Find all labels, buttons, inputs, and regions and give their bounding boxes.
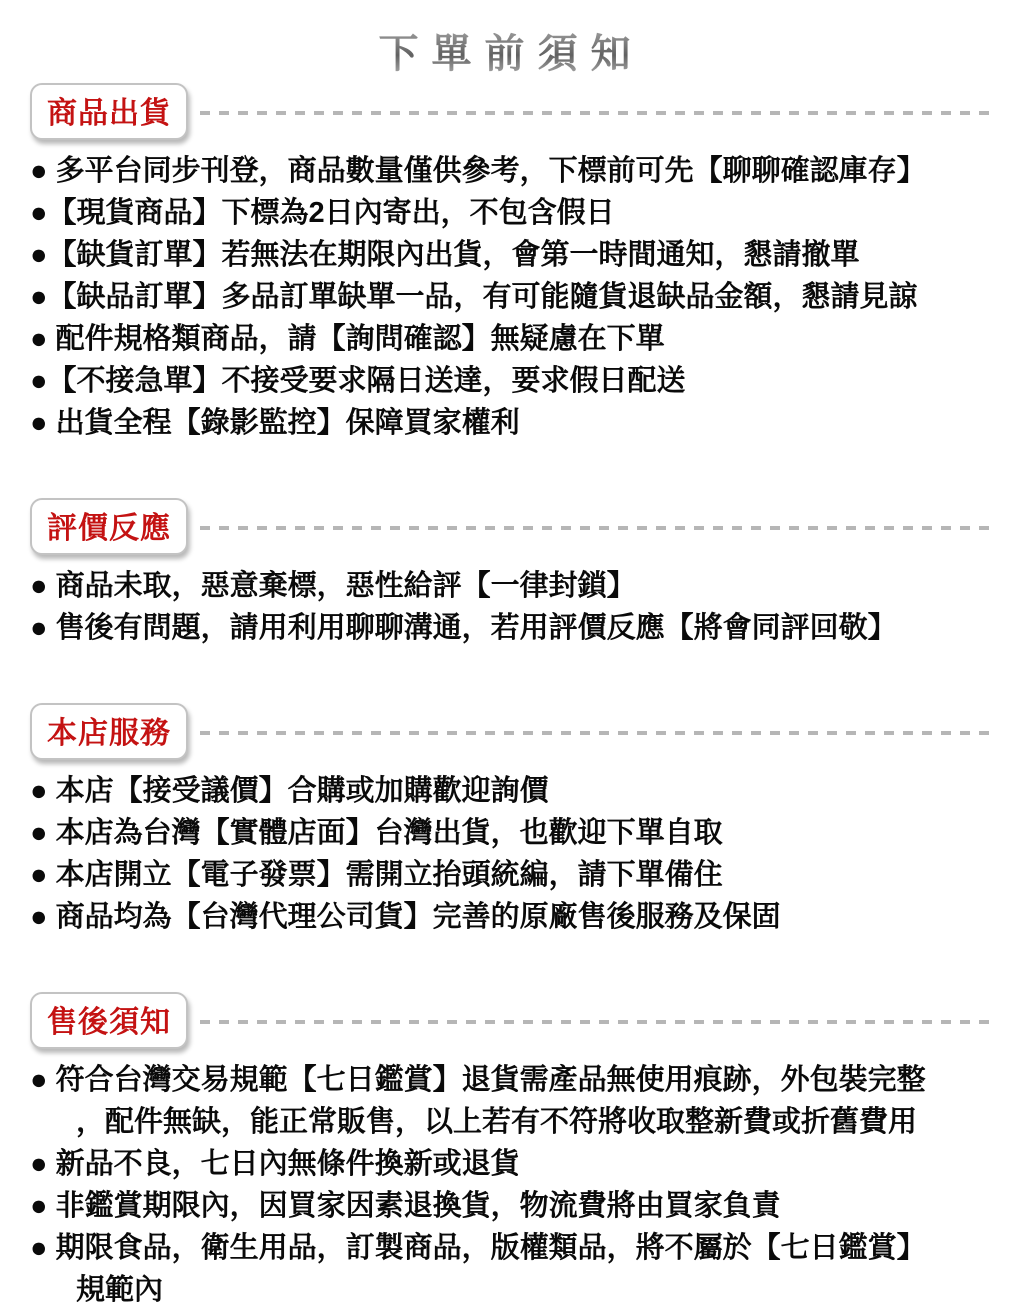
notice-item: ● 新品不良，七日內無條件換新或退貨 bbox=[30, 1143, 992, 1185]
section-label: 本店服務 bbox=[47, 717, 171, 750]
notice-item: ●【缺品訂單】多品訂單缺單一品，有可能隨貨退缺品金額，懇請見諒 bbox=[30, 276, 992, 318]
notice-item: ●【缺貨訂單】若無法在期限內出貨，會第一時間通知，懇請撤單 bbox=[30, 234, 992, 276]
notice-item: ●【現貨商品】下標為2日內寄出，不包含假日 bbox=[30, 192, 992, 234]
section-label: 售後須知 bbox=[47, 1006, 171, 1039]
notice-item: ● 配件規格類商品，請【詢問確認】無疑慮在下單 bbox=[30, 318, 992, 360]
section-label: 評價反應 bbox=[47, 512, 171, 545]
section-header: 本店服務 bbox=[30, 703, 992, 760]
section-label-box: 評價反應 bbox=[30, 498, 188, 555]
page-title: 下單前須知 bbox=[30, 22, 992, 79]
section-store-service: 本店服務 ● 本店【接受議價】合購或加購歡迎詢價 ● 本店為台灣【實體店面】台灣… bbox=[30, 703, 992, 938]
notice-item: ● 售後有問題，請用利用聊聊溝通，若用評價反應【將會同評回敬】 bbox=[30, 607, 992, 649]
section-feedback: 評價反應 ● 商品未取，惡意棄標，惡性給評【一律封鎖】 ● 售後有問題，請用利用… bbox=[30, 498, 992, 649]
section-after-sales: 售後須知 ● 符合台灣交易規範【七日鑑賞】退貨需產品無使用痕跡，外包裝完整 ，配… bbox=[30, 992, 992, 1308]
notice-list: ● 本店【接受議價】合購或加購歡迎詢價 ● 本店為台灣【實體店面】台灣出貨，也歡… bbox=[30, 770, 992, 938]
section-header: 評價反應 bbox=[30, 498, 992, 555]
section-label: 商品出貨 bbox=[47, 97, 171, 130]
notice-list: ● 商品未取，惡意棄標，惡性給評【一律封鎖】 ● 售後有問題，請用利用聊聊溝通，… bbox=[30, 565, 992, 649]
notice-list: ● 符合台灣交易規範【七日鑑賞】退貨需產品無使用痕跡，外包裝完整 ，配件無缺，能… bbox=[30, 1059, 992, 1308]
notice-item: ● 商品未取，惡意棄標，惡性給評【一律封鎖】 bbox=[30, 565, 992, 607]
notice-item: ● 商品均為【台灣代理公司貨】完善的原廠售後服務及保固 bbox=[30, 896, 992, 938]
section-header: 商品出貨 bbox=[30, 83, 992, 140]
notice-item: ● 多平台同步刊登，商品數量僅供參考，下標前可先【聊聊確認庫存】 bbox=[30, 150, 992, 192]
section-header: 售後須知 bbox=[30, 992, 992, 1049]
notice-item: ● 本店為台灣【實體店面】台灣出貨，也歡迎下單自取 bbox=[30, 812, 992, 854]
section-label-box: 售後須知 bbox=[30, 992, 188, 1049]
section-product-shipping: 商品出貨 ● 多平台同步刊登，商品數量僅供參考，下標前可先【聊聊確認庫存】 ●【… bbox=[30, 83, 992, 444]
notice-item: ● 符合台灣交易規範【七日鑑賞】退貨需產品無使用痕跡，外包裝完整 ，配件無缺，能… bbox=[30, 1059, 992, 1143]
section-label-box: 本店服務 bbox=[30, 703, 188, 760]
notice-item: ● 本店【接受議價】合購或加購歡迎詢價 bbox=[30, 770, 992, 812]
notice-item: ● 期限食品，衛生用品，訂製商品，版權類品，將不屬於【七日鑑賞】 規範內 bbox=[30, 1227, 992, 1308]
notice-item: ● 出貨全程【錄影監控】保障買家權利 bbox=[30, 402, 992, 444]
order-notice-page: 下單前須知 商品出貨 ● 多平台同步刊登，商品數量僅供參考，下標前可先【聊聊確認… bbox=[0, 0, 1024, 1308]
dashed-divider bbox=[200, 731, 992, 735]
notice-item: ●【不接急單】不接受要求隔日送達，要求假日配送 bbox=[30, 360, 992, 402]
notice-item: ● 本店開立【電子發票】需開立抬頭統編，請下單備住 bbox=[30, 854, 992, 896]
dashed-divider bbox=[200, 111, 992, 115]
dashed-divider bbox=[200, 526, 992, 530]
notice-item: ● 非鑑賞期限內，因買家因素退換貨，物流費將由買家負責 bbox=[30, 1185, 992, 1227]
dashed-divider bbox=[200, 1020, 992, 1024]
section-label-box: 商品出貨 bbox=[30, 83, 188, 140]
notice-list: ● 多平台同步刊登，商品數量僅供參考，下標前可先【聊聊確認庫存】 ●【現貨商品】… bbox=[30, 150, 992, 444]
